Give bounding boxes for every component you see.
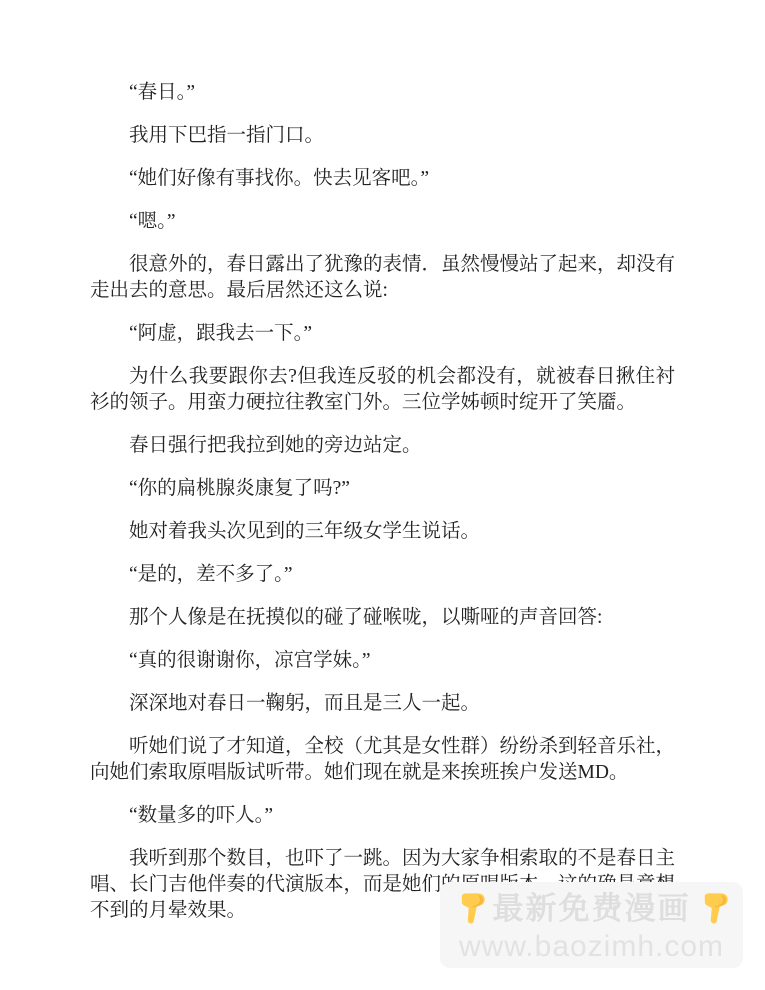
paragraph: 那个人像是在抚摸似的碰了碰喉咙，以嘶哑的声音回答: — [90, 605, 675, 631]
paragraph: 我用下巴指一指门口。 — [90, 123, 675, 149]
watermark-title: 最新免费漫画 — [493, 893, 691, 924]
paragraph: “是的，差不多了。” — [90, 562, 675, 588]
pointing-down-icon — [697, 892, 730, 926]
paragraph: “嗯。” — [90, 209, 675, 235]
watermark: 最新免费漫画 www.baozimh.com — [440, 882, 743, 968]
paragraph: “数量多的吓人。” — [90, 803, 675, 829]
pointing-down-icon — [454, 892, 487, 926]
paragraph: “阿虚，跟我去一下。” — [90, 321, 675, 347]
paragraph: “真的很谢谢你，凉宫学妹。” — [90, 648, 675, 674]
paragraph: 听她们说了才知道，全校（尤其是女性群）纷纷杀到轻音乐社，向她们索取原唱版试听带。… — [90, 734, 675, 786]
paragraph: 春日强行把我拉到她的旁边站定。 — [90, 433, 675, 459]
paragraph: 她对着我头次见到的三年级女学生说话。 — [90, 519, 675, 545]
paragraph: “春日。” — [90, 80, 675, 106]
paragraph: 很意外的，春日露出了犹豫的表情．虽然慢慢站了起来，却没有走出去的意思。最后居然还… — [90, 252, 675, 304]
watermark-url: www.baozimh.com — [459, 932, 724, 962]
paragraph: 为什么我要跟你去?但我连反驳的机会都没有，就被春日揪住衬衫的领子。用蛮力硬拉往教… — [90, 364, 675, 416]
watermark-title-row: 最新免费漫画 — [454, 889, 730, 929]
paragraph: “她们好像有事找你。快去见客吧。” — [90, 166, 675, 192]
paragraph: “你的扁桃腺炎康复了吗?” — [90, 476, 675, 502]
novel-text-page: “春日。” 我用下巴指一指门口。 “她们好像有事找你。快去见客吧。” “嗯。” … — [90, 80, 675, 941]
paragraph: 深深地对春日一鞠躬，而且是三人一起。 — [90, 691, 675, 717]
